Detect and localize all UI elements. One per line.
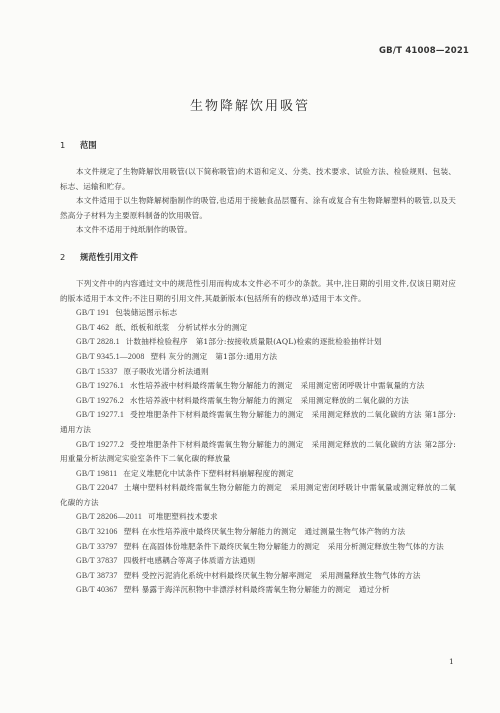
document-body: 1范围 本文件规定了生物降解饮用吸管(以下简称吸管)的术语和定义、分类、技术要求… [60, 138, 456, 598]
reference-item: GB/T 462纸、纸板和纸浆分析试样水分的测定 [60, 321, 456, 336]
references-intro-paragraph: 下列文件中的内容通过文中的规范性引用而构成本文件必不可少的条款。其中,注日期的引… [60, 277, 456, 306]
document-title: 生物降解饮用吸管 [0, 95, 500, 114]
reference-item: GB/T 38737塑料 受控污泥消化系统中材料最终厌氧生物分解率测定采用测量释… [60, 569, 456, 584]
reference-item: GB/T 19811在定义堆肥化中试条件下塑料材料崩解程度的测定 [60, 467, 456, 482]
scope-paragraph: 本文件不适用于纯纸制作的吸管。 [60, 223, 456, 238]
reference-item: GB/T 15337原子吸收光谱分析法通则 [60, 365, 456, 380]
reference-item: GB/T 28206—2011可堆肥塑料技术要求 [60, 510, 456, 525]
standard-number: GB/T 41008—2021 [379, 46, 469, 56]
reference-item: GB/T 19277.2受控堆肥条件下材料最终需氧生物分解能力的测定采用测定释放… [60, 438, 456, 467]
reference-item: GB/T 19276.1水性培养液中材料最终需氧生物分解能力的测定采用测定密闭呼… [60, 379, 456, 394]
reference-item: GB/T 19276.2水性培养液中材料最终需氧生物分解能力的测定采用测定释放的… [60, 394, 456, 409]
scope-paragraph: 本文件规定了生物降解饮用吸管(以下简称吸管)的术语和定义、分类、技术要求、试验方… [60, 165, 456, 194]
reference-item: GB/T 37837四极杆电感耦合等离子体质谱方法通则 [60, 554, 456, 569]
section-heading-normative-references: 2规范性引用文件 [60, 250, 456, 264]
reference-item: GB/T 19277.1受控堆肥条件下材料最终需氧生物分解能力的测定采用测定释放… [60, 408, 456, 437]
section-heading-scope: 1范围 [60, 138, 456, 152]
reference-item: GB/T 22047土壤中塑料材料最终需氧生物分解能力的测定采用测定密闭呼吸计中… [60, 481, 456, 510]
reference-item: GB/T 2828.1计数抽样检验程序第1部分:按接收质量限(AQL)检索的逐批… [60, 335, 456, 350]
reference-item: GB/T 40367塑料 暴露于海洋沉积物中非漂浮材料最终需氧生物分解能力的测定… [60, 583, 456, 598]
scope-paragraph: 本文件适用于以生物降解树脂制作的吸管,也适用于接触食品层覆有、涂有或复合有生物降… [60, 194, 456, 223]
reference-item: GB/T 33797塑料 在高固体份堆肥条件下最终厌氧生物分解能力的测定采用分析… [60, 540, 456, 555]
reference-item: GB/T 32106塑料 在水性培养液中最终厌氧生物分解能力的测定通过测量生物气… [60, 525, 456, 540]
page-number: 1 [449, 657, 454, 666]
reference-item: GB/T 191包装储运图示标志 [60, 306, 456, 321]
reference-item: GB/T 9345.1—2008塑料 灰分的测定第1部分:通用方法 [60, 350, 456, 365]
reference-list: GB/T 191包装储运图示标志 GB/T 462纸、纸板和纸浆分析试样水分的测… [60, 306, 456, 598]
